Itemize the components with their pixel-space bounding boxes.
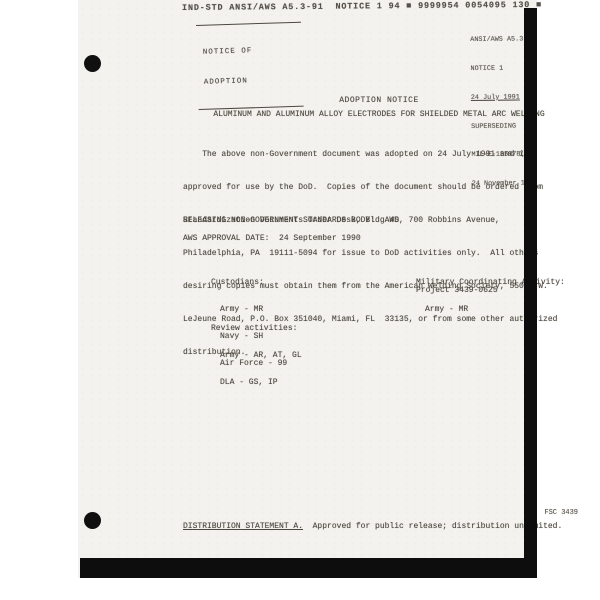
scan-artifact-header: IND-STD ANSI/AWS A5.3-91 NOTICE 1 94 ■ 9… [182,0,542,13]
coordinating-item: Army - MR [416,305,565,314]
distribution-statement-label: DISTRIBUTION STATEMENT A. [183,522,303,531]
scan-edge-bar-bottom [80,558,537,578]
aws-approval-date-line: AWS APPROVAL DATE: 24 September 1990 [183,234,361,243]
body-line: Philadelphia, PA 19111-5094 for issue to… [183,248,557,259]
body-line: The above non-Government document was ad… [183,149,557,160]
review-heading: Review activities: [211,324,302,333]
project-number: Project 3439-0625 [416,286,498,295]
scan-edge-bar-right [524,8,537,578]
document-paper: IND-STD ANSI/AWS A5.3-91 NOTICE 1 94 ■ 9… [78,0,537,578]
distribution-statement: DISTRIBUTION STATEMENT A. Approved for p… [183,522,562,531]
body-line: approved for use by the DoD. Copies of t… [183,182,557,193]
review-item: Army - AR, AT, GL [211,351,302,360]
punch-hole-top [84,55,101,72]
punch-hole-bottom [84,512,101,529]
review-activities-block: Review activities: Army - AR, AT, GL DLA… [211,306,302,405]
stamp-line-1: NOTICE OF [203,45,302,58]
fsc-number: FSC 3439 [508,509,578,517]
scanned-page-canvas: IND-STD ANSI/AWS A5.3-91 NOTICE 1 94 ■ 9… [0,0,600,600]
releasing-standards-line: RELEASING NON-GOVERNMENT STANDARDS BODY:… [183,216,399,225]
custodians-heading: Custodians: [211,278,287,287]
coordinating-activity-block: Military Coordinating Activity: Army - M… [416,260,565,332]
review-item: DLA - GS, IP [211,378,302,387]
stamp-line-2: ADOPTION [204,75,303,88]
